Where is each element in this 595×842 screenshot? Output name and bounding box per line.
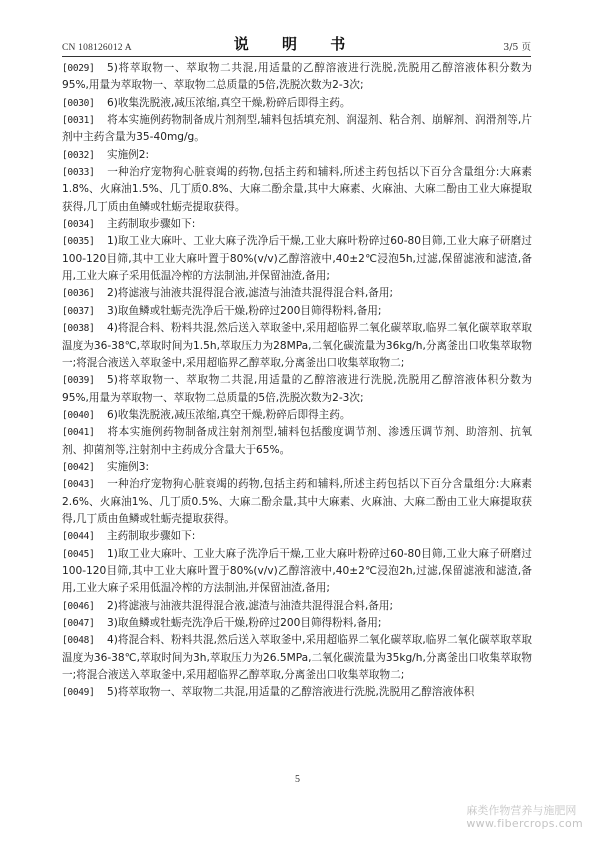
paragraph: [0033]一种治疗宠物狗心脏衰竭的药物,包括主药和辅料,所述主药包括以下百分含…	[62, 164, 532, 216]
page-title: 说 明 书	[62, 33, 531, 54]
paragraph: [0031]将本实施例药物制备成片剂剂型,辅料包括填充剂、润湿剂、粘合剂、崩解剂…	[62, 112, 532, 147]
paragraph: [0036]2)将滤液与油液共混得混合液,滤渣与油渣共混得混合料,备用;	[62, 285, 532, 302]
paragraph-text: 3)取鱼鳞或牡蛎壳洗净后干燥,粉碎过200目筛得粉料,备用;	[107, 305, 381, 317]
paragraph-text: 将本实施例药物制备成注射剂剂型,辅料包括酸度调节剂、渗透压调节剂、助溶剂、抗氧剂…	[62, 426, 532, 455]
paragraph-text: 2)将滤液与油液共混得混合液,滤渣与油渣共混得混合料,备用;	[107, 287, 393, 299]
paragraph-text: 主药制取步骤如下:	[107, 218, 195, 230]
footer-page-number: 5	[0, 774, 595, 785]
paragraph: [0037]3)取鱼鳞或牡蛎壳洗净后干燥,粉碎过200目筛得粉料,备用;	[62, 303, 532, 320]
paragraph: [0035]1)取工业大麻叶、工业大麻子洗净后干燥,工业大麻叶粉碎过60-80目…	[62, 233, 532, 285]
paragraph-text: 3)取鱼鳞或牡蛎壳洗净后干燥,粉碎过200目筛得粉料,备用;	[107, 617, 381, 629]
paragraph-text: 6)收集洗脱液,减压浓缩,真空干燥,粉碎后即得主药。	[107, 409, 350, 421]
paragraph: [0042]实施例3:	[62, 459, 532, 476]
paragraph: [0041]将本实施例药物制备成注射剂剂型,辅料包括酸度调节剂、渗透压调节剂、助…	[62, 424, 532, 459]
watermark-site-name: 麻类作物营养与施肥网	[466, 804, 583, 817]
paragraph-number: [0035]	[62, 233, 107, 250]
paragraph-number: [0045]	[62, 546, 107, 563]
paragraph-number: [0036]	[62, 285, 107, 302]
paragraph-text: 4)将混合料、粉料共混,然后送入萃取釜中,采用超临界二氧化碳萃取,临界二氧化碳萃…	[62, 322, 532, 369]
paragraph-number: [0047]	[62, 615, 107, 632]
paragraph-number: [0033]	[62, 164, 107, 181]
paragraph-text: 1)取工业大麻叶、工业大麻子洗净后干燥,工业大麻叶粉碎过60-80目筛,工业大麻…	[62, 548, 532, 595]
paragraph-text: 5)将萃取物一、萃取物二共混,用适量的乙醇溶液进行洗脱,洗脱用乙醇溶液体积分数为…	[62, 62, 532, 91]
paragraph-number: [0030]	[62, 95, 107, 112]
paragraph-text: 实施例3:	[107, 461, 149, 473]
paragraph: [0048]4)将混合料、粉料共混,然后送入萃取釜中,采用超临界二氧化碳萃取,临…	[62, 632, 532, 684]
paragraph-number: [0039]	[62, 372, 107, 389]
paragraph-number: [0031]	[62, 112, 107, 129]
watermark-url: www.fibercrops.com	[466, 817, 583, 830]
document-body: [0029]5)将萃取物一、萃取物二共混,用适量的乙醇溶液进行洗脱,洗脱用乙醇溶…	[62, 60, 532, 702]
paragraph-text: 4)将混合料、粉料共混,然后送入萃取釜中,采用超临界二氧化碳萃取,临界二氧化碳萃…	[62, 634, 532, 681]
watermark: 麻类作物营养与施肥网 www.fibercrops.com	[466, 804, 583, 830]
page-indicator: 3/5 页	[503, 39, 531, 53]
paragraph-number: [0044]	[62, 528, 107, 545]
paragraph-number: [0049]	[62, 684, 107, 701]
paragraph-number: [0048]	[62, 632, 107, 649]
paragraph-number: [0038]	[62, 320, 107, 337]
paragraph: [0046]2)将滤液与油液共混得混合液,滤渣与油渣共混得混合料,备用;	[62, 598, 532, 615]
paragraph-number: [0042]	[62, 459, 107, 476]
paragraph-text: 一种治疗宠物狗心脏衰竭的药物,包括主药和辅料,所述主药包括以下百分含量组分:大麻…	[62, 166, 532, 213]
paragraph-number: [0029]	[62, 60, 107, 77]
paragraph-text: 一种治疗宠物狗心脏衰竭的药物,包括主药和辅料,所述主药包括以下百分含量组分:大麻…	[62, 478, 532, 525]
paragraph: [0044]主药制取步骤如下:	[62, 528, 532, 545]
paragraph: [0038]4)将混合料、粉料共混,然后送入萃取釜中,采用超临界二氧化碳萃取,临…	[62, 320, 532, 372]
page-header: CN 108126012 A 说 明 书 3/5 页	[62, 36, 531, 57]
paragraph-number: [0037]	[62, 303, 107, 320]
paragraph: [0043]一种治疗宠物狗心脏衰竭的药物,包括主药和辅料,所述主药包括以下百分含…	[62, 476, 532, 528]
paragraph-number: [0032]	[62, 147, 107, 164]
paragraph-text: 实施例2:	[107, 149, 149, 161]
paragraph: [0032]实施例2:	[62, 147, 532, 164]
paragraph: [0034]主药制取步骤如下:	[62, 216, 532, 233]
paragraph-number: [0034]	[62, 216, 107, 233]
paragraph-text: 主药制取步骤如下:	[107, 530, 195, 542]
paragraph: [0040]6)收集洗脱液,减压浓缩,真空干燥,粉碎后即得主药。	[62, 407, 532, 424]
paragraph: [0049]5)将萃取物一、萃取物二共混,用适量的乙醇溶液进行洗脱,洗脱用乙醇溶…	[62, 684, 532, 701]
paragraph: [0029]5)将萃取物一、萃取物二共混,用适量的乙醇溶液进行洗脱,洗脱用乙醇溶…	[62, 60, 532, 95]
paragraph-number: [0043]	[62, 476, 107, 493]
paragraph-text: 将本实施例药物制备成片剂剂型,辅料包括填充剂、润湿剂、粘合剂、崩解剂、润滑剂等,…	[62, 114, 532, 143]
paragraph-text: 6)收集洗脱液,减压浓缩,真空干燥,粉碎后即得主药。	[107, 97, 350, 109]
paragraph-text: 5)将萃取物一、萃取物二共混,用适量的乙醇溶液进行洗脱,洗脱用乙醇溶液体积	[107, 686, 474, 698]
paragraph-number: [0040]	[62, 407, 107, 424]
paragraph: [0030]6)收集洗脱液,减压浓缩,真空干燥,粉碎后即得主药。	[62, 95, 532, 112]
paragraph: [0047]3)取鱼鳞或牡蛎壳洗净后干燥,粉碎过200目筛得粉料,备用;	[62, 615, 532, 632]
paragraph-number: [0041]	[62, 424, 107, 441]
paragraph-text: 5)将萃取物一、萃取物二共混,用适量的乙醇溶液进行洗脱,洗脱用乙醇溶液体积分数为…	[62, 374, 532, 403]
paragraph: [0045]1)取工业大麻叶、工业大麻子洗净后干燥,工业大麻叶粉碎过60-80目…	[62, 546, 532, 598]
paragraph-text: 1)取工业大麻叶、工业大麻子洗净后干燥,工业大麻叶粉碎过60-80目筛,工业大麻…	[62, 235, 532, 282]
paragraph-number: [0046]	[62, 598, 107, 615]
paragraph: [0039]5)将萃取物一、萃取物二共混,用适量的乙醇溶液进行洗脱,洗脱用乙醇溶…	[62, 372, 532, 407]
paragraph-text: 2)将滤液与油液共混得混合液,滤渣与油渣共混得混合料,备用;	[107, 600, 393, 612]
